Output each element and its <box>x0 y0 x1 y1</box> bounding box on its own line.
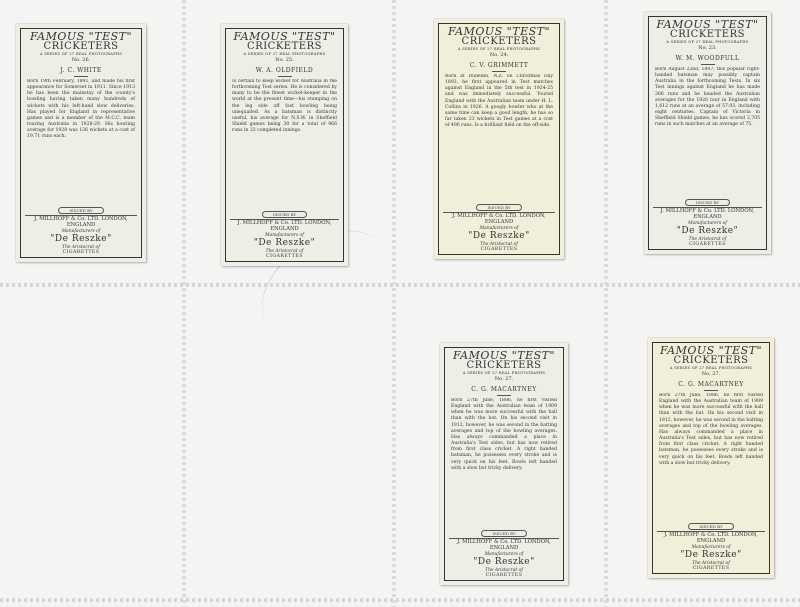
card-number: No. 27. <box>449 377 559 382</box>
cigarette-card: FAMOUS "TEST" CRICKETERS A SERIES OF 27 … <box>644 12 771 254</box>
card-number: No. 23. <box>653 46 762 51</box>
card-header: FAMOUS "TEST" CRICKETERS A SERIES OF 27 … <box>449 350 559 382</box>
issued-by-banner: ISSUED BY <box>688 523 733 530</box>
cigarettes-line: CIGARETTES <box>230 254 339 259</box>
card-footer: J. MILLHOFF & Co. LTD. LONDON, ENGLAND M… <box>443 212 555 252</box>
series-title-2: CRICKETERS <box>443 37 555 47</box>
card-header: FAMOUS "TEST" CRICKETERS A SERIES OF 27 … <box>230 31 339 63</box>
player-name: C. G. MACARTNEY <box>657 381 765 388</box>
brand-name: "De Reszke" <box>449 557 559 567</box>
sleeve-divider-horizontal <box>0 598 800 602</box>
cigarettes-line: CIGARETTES <box>443 247 555 252</box>
card-footer: J. MILLHOFF & Co. LTD. LONDON, ENGLAND M… <box>25 215 137 255</box>
cigarettes-line: CIGARETTES <box>25 250 137 255</box>
cigarette-card: FAMOUS "TEST" CRICKETERS A SERIES OF 27 … <box>16 24 146 262</box>
maker-name: J. MILLHOFF & Co. LTD. LONDON, ENGLAND <box>657 533 765 545</box>
divider <box>492 71 506 72</box>
card-number: No. 27. <box>657 372 765 377</box>
player-bio: Born August 22nd, 1897, this popular rig… <box>653 67 762 198</box>
series-title-2: CRICKETERS <box>653 30 762 40</box>
brand-name: "De Reszke" <box>653 226 762 236</box>
card-number: No. 24. <box>443 53 555 58</box>
player-name: J. C. WHITE <box>25 67 137 74</box>
cigarettes-line: CIGARETTES <box>653 242 762 247</box>
series-title-2: CRICKETERS <box>25 42 137 52</box>
divider <box>704 390 718 391</box>
player-bio: Born 19th February, 1891, and made his f… <box>25 79 137 206</box>
maker-name: J. MILLHOFF & Co. LTD. LONDON, ENGLAND <box>449 540 559 552</box>
card-header: FAMOUS "TEST" CRICKETERS A SERIES OF 27 … <box>657 345 765 377</box>
series-title-2: CRICKETERS <box>449 361 559 371</box>
issued-by-banner: ISSUED BY <box>262 211 308 218</box>
card-footer: J. MILLHOFF & Co. LTD. LONDON, ENGLAND M… <box>657 531 765 571</box>
card-frame: FAMOUS "TEST" CRICKETERS A SERIES OF 27 … <box>438 23 560 255</box>
player-name: C. G. MACARTNEY <box>449 386 559 393</box>
series-title-2: CRICKETERS <box>230 42 339 52</box>
issued-by-banner: ISSUED BY <box>58 207 105 214</box>
player-bio: Is certain to keep wicket for Australia … <box>230 79 339 210</box>
maker-name: J. MILLHOFF & Co. LTD. LONDON, ENGLAND <box>653 209 762 221</box>
brand-name: "De Reszke" <box>443 231 555 241</box>
divider <box>701 64 715 65</box>
sleeve-divider-horizontal <box>0 283 800 287</box>
maker-name: J. MILLHOFF & Co. LTD. LONDON, ENGLAND <box>25 217 137 229</box>
sleeve-divider-vertical <box>392 0 396 607</box>
card-frame: FAMOUS "TEST" CRICKETERS A SERIES OF 27 … <box>20 28 142 258</box>
card-footer: J. MILLHOFF & Co. LTD. LONDON, ENGLAND M… <box>449 538 559 578</box>
sleeve-divider-vertical <box>182 0 186 607</box>
player-name: C. V. GRIMMETT <box>443 62 555 69</box>
issued-by-banner: ISSUED BY <box>481 530 527 537</box>
cigarette-card: FAMOUS "TEST" CRICKETERS A SERIES OF 27 … <box>221 24 348 266</box>
card-header: FAMOUS "TEST" CRICKETERS A SERIES OF 27 … <box>443 26 555 58</box>
brand-name: "De Reszke" <box>657 550 765 560</box>
card-header: FAMOUS "TEST" CRICKETERS A SERIES OF 27 … <box>25 31 137 63</box>
series-title-2: CRICKETERS <box>657 356 765 366</box>
player-bio: Born at Dunedin, N.Z. on Christmas Day 1… <box>443 74 555 203</box>
divider <box>278 76 292 77</box>
cigarette-card: FAMOUS "TEST" CRICKETERS A SERIES OF 27 … <box>440 343 568 585</box>
brand-name: "De Reszke" <box>25 234 137 244</box>
card-footer: J. MILLHOFF & Co. LTD. LONDON, ENGLAND M… <box>653 207 762 247</box>
card-header: FAMOUS "TEST" CRICKETERS A SERIES OF 27 … <box>653 19 762 51</box>
cigarettes-line: CIGARETTES <box>449 573 559 578</box>
card-number: No. 25. <box>230 58 339 63</box>
issued-by-banner: ISSUED BY <box>476 204 523 211</box>
cigarette-card: FAMOUS "TEST" CRICKETERS A SERIES OF 27 … <box>648 338 774 578</box>
card-frame: FAMOUS "TEST" CRICKETERS A SERIES OF 27 … <box>652 342 770 574</box>
player-name: W. A. OLDFIELD <box>230 67 339 74</box>
sleeve-divider-vertical <box>604 0 608 607</box>
card-number: No. 26. <box>25 58 137 63</box>
maker-name: J. MILLHOFF & Co. LTD. LONDON, ENGLAND <box>230 221 339 233</box>
divider <box>74 76 88 77</box>
card-footer: J. MILLHOFF & Co. LTD. LONDON, ENGLAND M… <box>230 219 339 259</box>
cigarette-card: FAMOUS "TEST" CRICKETERS A SERIES OF 27 … <box>434 19 564 259</box>
player-bio: Born 27th June, 1886, he first visited E… <box>657 393 765 522</box>
player-name: W. M. WOODFULL <box>653 55 762 62</box>
divider <box>497 395 511 396</box>
card-frame: FAMOUS "TEST" CRICKETERS A SERIES OF 27 … <box>648 16 767 250</box>
maker-name: J. MILLHOFF & Co. LTD. LONDON, ENGLAND <box>443 214 555 226</box>
issued-by-banner: ISSUED BY <box>685 199 731 206</box>
player-bio: Born 27th June, 1886, he first visited E… <box>449 398 559 529</box>
card-frame: FAMOUS "TEST" CRICKETERS A SERIES OF 27 … <box>225 28 344 262</box>
card-frame: FAMOUS "TEST" CRICKETERS A SERIES OF 27 … <box>444 347 564 581</box>
cigarettes-line: CIGARETTES <box>657 566 765 571</box>
brand-name: "De Reszke" <box>230 238 339 248</box>
